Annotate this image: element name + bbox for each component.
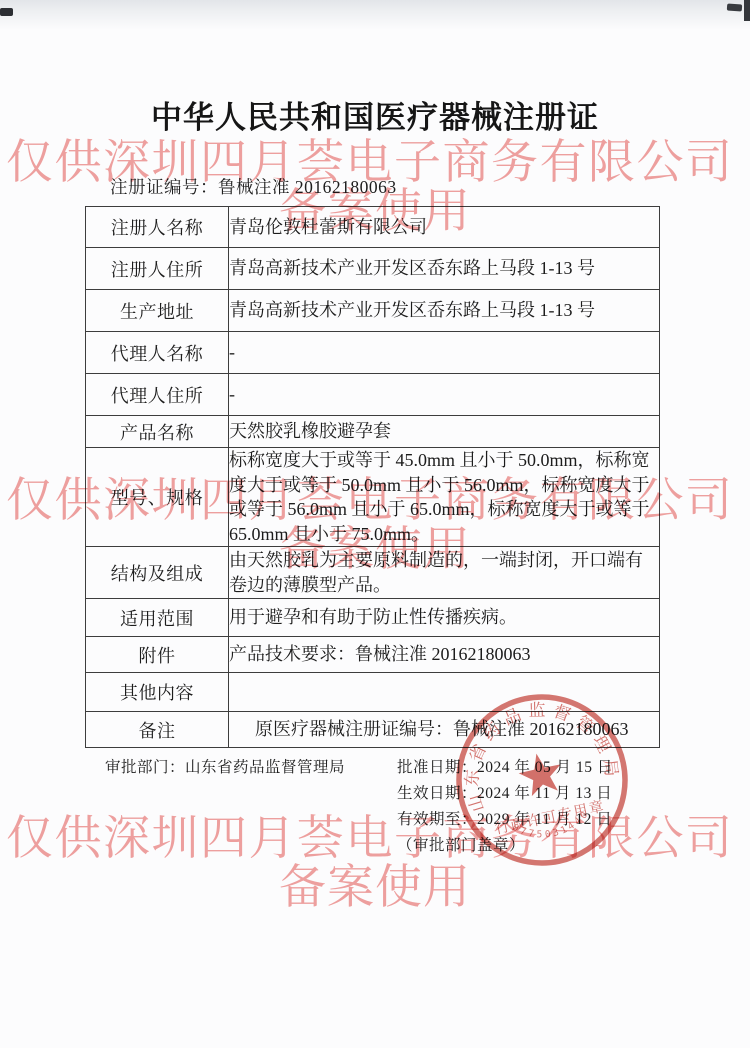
row-label: 其他内容 — [86, 673, 229, 712]
row-label: 产品名称 — [86, 416, 229, 448]
scan-edge-band — [0, 0, 750, 30]
row-value: 青岛高新技术产业开发区岙东路上马段 1-13 号 — [229, 290, 660, 332]
row-label: 注册人名称 — [86, 207, 229, 248]
row-value — [229, 673, 660, 712]
table-row: 其他内容 — [86, 673, 660, 712]
row-label: 代理人名称 — [86, 332, 229, 374]
row-label: 附件 — [86, 637, 229, 673]
table-row: 附件 产品技术要求：鲁械注准 20162180063 — [86, 637, 660, 673]
scan-artifact-corner — [744, 0, 750, 21]
row-label: 结构及组成 — [86, 547, 229, 599]
table-row: 结构及组成 由天然胶乳为主要原料制造的，一端封闭，开口端有卷边的薄膜型产品。 — [86, 547, 660, 599]
scan-artifact-top-right — [727, 3, 742, 11]
table-row: 适用范围 用于避孕和有助于防止性传播疾病。 — [86, 599, 660, 637]
certificate-page: 中华人民共和国医疗器械注册证 注册证编号：鲁械注准 20162180063 注册… — [0, 0, 750, 1048]
effective-date: 生效日期：2024 年 11 月 13 日 — [397, 781, 612, 803]
row-label: 生产地址 — [86, 290, 229, 332]
scan-artifact-top-left — [0, 8, 13, 16]
row-value: 青岛伦敦杜蕾斯有限公司 — [229, 207, 660, 248]
watermark-line1: 仅供深圳四月荟电子商务有限公司 — [6, 816, 750, 863]
cert-number-value: 鲁械注准 20162180063 — [218, 177, 397, 197]
row-label: 型号、规格 — [86, 448, 229, 547]
table-row: 注册人住所 青岛高新技术产业开发区岙东路上马段 1-13 号 — [86, 248, 660, 290]
row-value: 产品技术要求：鲁械注准 20162180063 — [229, 637, 660, 673]
expiry-date: 有效期至：2029 年 11 月 12 日 — [397, 807, 612, 829]
watermark-line2: 备案使用 — [0, 865, 750, 912]
row-label: 代理人住所 — [86, 374, 229, 416]
row-value: - — [229, 332, 660, 374]
row-value: 标称宽度大于或等于 45.0mm 且小于 50.0mm，标称宽度大于或等于 50… — [229, 448, 660, 547]
row-value: 用于避孕和有助于防止性传播疾病。 — [229, 599, 660, 637]
page-title: 中华人民共和国医疗器械注册证 — [0, 92, 750, 137]
cert-number-line: 注册证编号：鲁械注准 20162180063 — [110, 174, 397, 199]
row-value: - — [229, 374, 660, 416]
approval-department: 审批部门：山东省药品监督管理局 — [105, 755, 345, 777]
row-value: 由天然胶乳为主要原料制造的，一端封闭，开口端有卷边的薄膜型产品。 — [229, 547, 660, 599]
certificate-table: 注册人名称 青岛伦敦杜蕾斯有限公司 注册人住所 青岛高新技术产业开发区岙东路上马… — [85, 206, 660, 748]
row-value: 天然胶乳橡胶避孕套 — [229, 416, 660, 448]
cert-number-label: 注册证编号： — [110, 177, 218, 197]
table-row: 代理人住所 - — [86, 374, 660, 416]
row-value: 原医疗器械注册证编号：鲁械注准 20162180063 — [229, 712, 660, 748]
table-row: 注册人名称 青岛伦敦杜蕾斯有限公司 — [86, 207, 660, 248]
table-row: 型号、规格 标称宽度大于或等于 45.0mm 且小于 50.0mm，标称宽度大于… — [86, 448, 660, 547]
table-row: 代理人名称 - — [86, 332, 660, 374]
row-label: 适用范围 — [86, 599, 229, 637]
seal-note: （审批部门盖章） — [397, 833, 525, 855]
row-label: 注册人住所 — [86, 248, 229, 290]
table-row: 生产地址 青岛高新技术产业开发区岙东路上马段 1-13 号 — [86, 290, 660, 332]
table-row: 产品名称 天然胶乳橡胶避孕套 — [86, 416, 660, 448]
table-row: 备注 原医疗器械注册证编号：鲁械注准 20162180063 — [86, 712, 660, 748]
row-label: 备注 — [86, 712, 229, 748]
row-value: 青岛高新技术产业开发区岙东路上马段 1-13 号 — [229, 248, 660, 290]
approval-date: 批准日期：2024 年 05 月 15 日 — [397, 755, 613, 777]
